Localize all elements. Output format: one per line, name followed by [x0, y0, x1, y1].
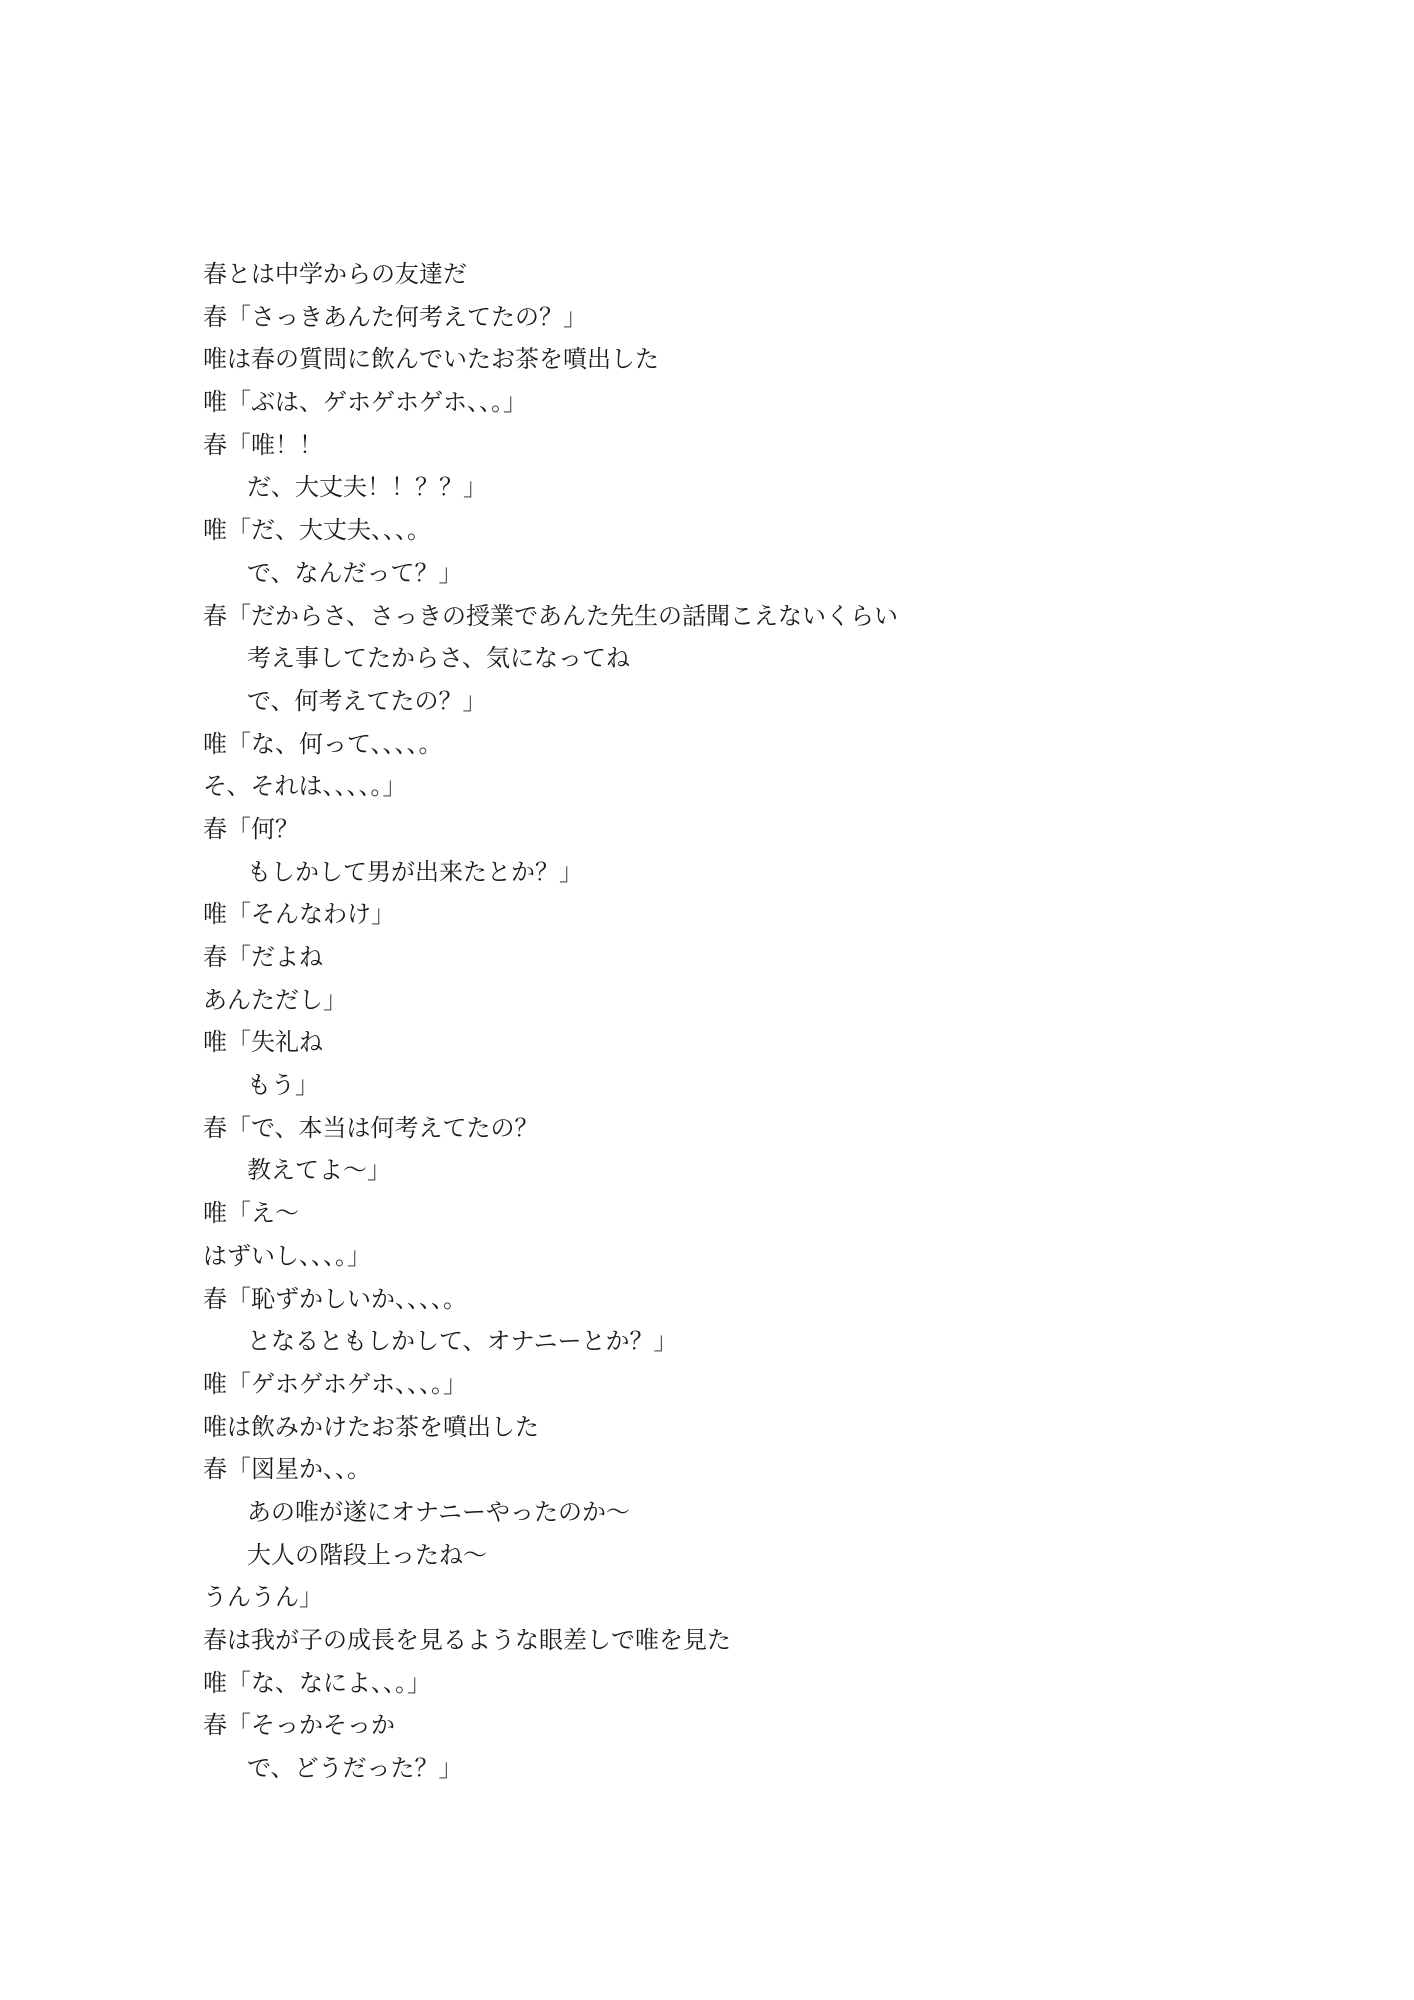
dialogue-line: 春「恥ずかしいか、、、、。: [203, 1278, 1253, 1321]
dialogue-line: 唯「失礼ね: [203, 1021, 1253, 1064]
dialogue-continuation-line: もしかして男が出来たとか？」: [203, 851, 1253, 894]
dialogue-line: 唯「な、何って、、、、。: [203, 723, 1253, 766]
dialogue-continuation-line: うんうん」: [203, 1576, 1253, 1619]
dialogue-continuation-line: 考え事してたからさ、気になってね: [203, 637, 1253, 680]
dialogue-line: 唯「な、なによ、、。」: [203, 1662, 1253, 1705]
dialogue-text-block: 春とは中学からの友達だ 春「さっきあんた何考えてたの？」 唯は春の質問に飲んでい…: [203, 253, 1253, 1790]
dialogue-line: 春「図星か、、。: [203, 1448, 1253, 1491]
dialogue-line: 唯「だ、大丈夫、、、。: [203, 509, 1253, 552]
dialogue-line: 春「さっきあんた何考えてたの？」: [203, 296, 1253, 339]
dialogue-continuation-line: 教えてよ～」: [203, 1149, 1253, 1192]
dialogue-continuation-line: あんただし」: [203, 979, 1253, 1022]
narration-line: 春は我が子の成長を見るような眼差しで唯を見た: [203, 1619, 1253, 1662]
dialogue-line: 唯「そんなわけ」: [203, 893, 1253, 936]
dialogue-continuation-line: あの唯が遂にオナニーやったのか～: [203, 1491, 1253, 1534]
dialogue-line: 春「だからさ、さっきの授業であんた先生の話聞こえないくらい: [203, 595, 1253, 638]
dialogue-continuation-line: で、なんだって？」: [203, 552, 1253, 595]
dialogue-continuation-line: 大人の階段上ったね～: [203, 1534, 1253, 1577]
dialogue-continuation-line: もう」: [203, 1064, 1253, 1107]
dialogue-line: 唯「え～: [203, 1192, 1253, 1235]
dialogue-continuation-line: だ、大丈夫！！？？」: [203, 466, 1253, 509]
dialogue-continuation-line: となるともしかして、オナニーとか？」: [203, 1320, 1253, 1363]
dialogue-line: 春「で、本当は何考えてたの？: [203, 1107, 1253, 1150]
dialogue-line: 春「唯！！: [203, 424, 1253, 467]
dialogue-line: 春「だよね: [203, 936, 1253, 979]
document-page: 春とは中学からの友達だ 春「さっきあんた何考えてたの？」 唯は春の質問に飲んでい…: [0, 0, 1414, 2000]
dialogue-continuation-line: で、何考えてたの？」: [203, 680, 1253, 723]
dialogue-continuation-line: そ、それは、、、、。」: [203, 765, 1253, 808]
narration-line: 春とは中学からの友達だ: [203, 253, 1253, 296]
dialogue-line: 唯「ぶは、ゲホゲホゲホ、、。」: [203, 381, 1253, 424]
dialogue-line: 春「何？: [203, 808, 1253, 851]
dialogue-continuation-line: はずいし、、、。」: [203, 1235, 1253, 1278]
dialogue-line: 春「そっかそっか: [203, 1704, 1253, 1747]
dialogue-continuation-line: で、どうだった？」: [203, 1747, 1253, 1790]
dialogue-line: 唯「ゲホゲホゲホ、、、。」: [203, 1363, 1253, 1406]
narration-line: 唯は春の質問に飲んでいたお茶を噴出した: [203, 338, 1253, 381]
narration-line: 唯は飲みかけたお茶を噴出した: [203, 1406, 1253, 1449]
